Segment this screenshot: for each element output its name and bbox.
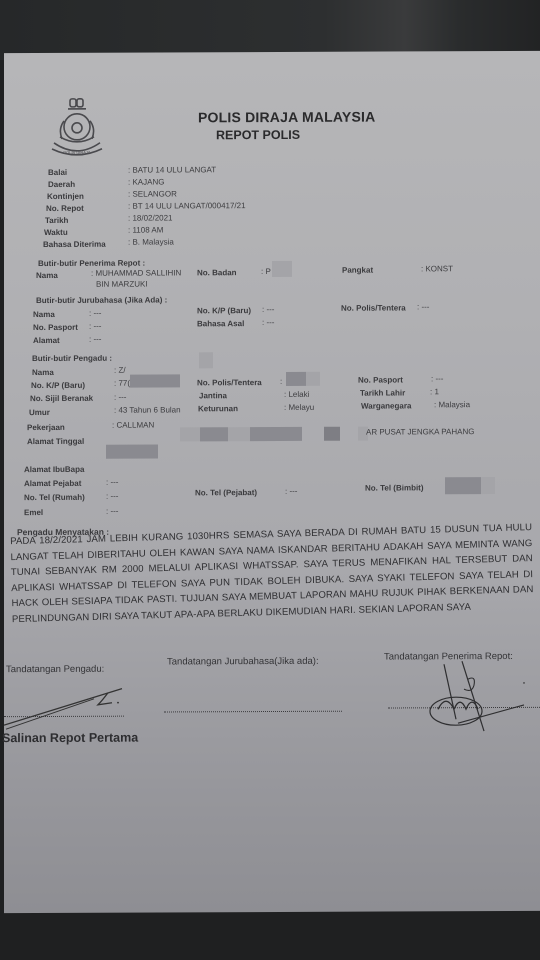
report-number-value: : BT 14 ULU LANGAT/000417/21 — [128, 201, 246, 211]
complainant-home-address-label: Alamat Tinggal — [27, 437, 84, 446]
complainant-ic-value: : 77( — [114, 379, 130, 388]
complainant-name-label: Nama — [32, 368, 54, 377]
interpreter-language-label: Bahasa Asal — [197, 319, 244, 328]
receiver-name-label: Nama — [36, 271, 58, 280]
redacted-ic-number — [130, 374, 180, 387]
complainant-age-label: Umur — [29, 408, 50, 417]
station-label: Balai — [48, 168, 67, 177]
receiver-name-value-line2: BIN MARZUKI — [96, 280, 148, 289]
receiver-name-value: : MUHAMMAD SALLIHIN — [91, 268, 181, 277]
interpreter-passport-value: : --- — [89, 322, 101, 331]
interpreter-address-label: Alamat — [33, 336, 60, 345]
complainant-police-value: : — [280, 377, 282, 386]
complainant-mobile-tel-label: No. Tel (Bimbit) — [365, 483, 424, 492]
interpreter-ic-value: : --- — [262, 305, 274, 314]
date-label: Tarikh — [45, 216, 68, 225]
complainant-citizenship-value: : Malaysia — [434, 400, 470, 409]
complainant-passport-label: No. Pasport — [358, 375, 403, 384]
date-value: : 18/02/2021 — [128, 213, 172, 222]
time-label: Waktu — [44, 228, 68, 237]
document-subtitle: REPOT POLIS — [216, 128, 300, 142]
complainant-home-tel-value: : --- — [106, 492, 118, 501]
complainant-citizenship-label: Warganegara — [361, 401, 411, 410]
receiver-signature — [414, 659, 534, 740]
complainant-ic-label: No. K/P (Baru) — [31, 381, 85, 390]
redacted-police-number — [286, 372, 306, 386]
district-value: : KAJANG — [128, 177, 164, 186]
complainant-race-value: : Melayu — [284, 403, 314, 412]
complainant-job-label: Pekerjaan — [27, 423, 65, 432]
svg-text:POLIS DIRAJA: POLIS DIRAJA — [63, 150, 90, 155]
complainant-police-label: No. Polis/Tentera — [197, 378, 262, 387]
redacted-address-3 — [250, 427, 302, 441]
language-value: : B. Malaysia — [128, 237, 174, 246]
complainant-office-tel-value: : --- — [285, 487, 297, 496]
interpreter-ic-label: No. K/P (Baru) — [197, 306, 251, 315]
receiver-badge-label: No. Badan — [197, 268, 237, 277]
pdrm-crest-icon: POLIS DIRAJA — [46, 97, 108, 161]
complainant-parent-address-label: Alamat IbuBapa — [24, 465, 84, 474]
station-value: : BATU 14 ULU LANGAT — [128, 165, 216, 174]
language-label: Bahasa Diterima — [43, 240, 106, 249]
interpreter-police-value: : --- — [417, 302, 429, 311]
receiver-rank-label: Pangkat — [342, 266, 373, 275]
complainant-race-label: Keturunan — [198, 404, 238, 413]
interpreter-section-title: Butir-butir Jurubahasa (Jika Ada) : — [36, 295, 167, 305]
complainant-email-value: : --- — [106, 507, 118, 516]
redacted-badge-number — [272, 261, 292, 277]
time-value: : 1108 AM — [128, 225, 163, 234]
redacted-address-4 — [324, 427, 340, 441]
complainant-gender-value: : Lelaki — [284, 390, 309, 399]
interpreter-signature-line — [164, 711, 342, 713]
complainant-office-address-value: : --- — [106, 478, 118, 487]
interpreter-passport-label: No. Pasport — [33, 323, 78, 332]
redacted-address-6 — [106, 445, 158, 459]
contingent-value: : SELANGOR — [128, 189, 177, 198]
interpreter-language-value: : --- — [262, 318, 274, 327]
complainant-email-label: Emel — [24, 508, 43, 517]
interpreter-signature-label: Tandatangan Jurubahasa(Jika ada): — [167, 656, 319, 668]
complainant-dob-value: : 1 — [430, 387, 439, 396]
statement-text: PADA 18/2/2021 JAM LEBIH KURANG 1030HRS … — [10, 520, 534, 627]
complainant-dob-label: Tarikh Lahir — [360, 388, 405, 397]
redacted-name — [199, 352, 213, 368]
complainant-birthcert-value: : --- — [114, 393, 126, 402]
complainant-home-address-value: AR PUSAT JENGKA PAHANG — [366, 427, 474, 436]
redacted-address-2 — [200, 427, 228, 441]
complainant-signature — [4, 673, 134, 734]
complainant-passport-value: : --- — [431, 374, 443, 383]
document-title: POLIS DIRAJA MALAYSIA — [198, 109, 375, 126]
redacted-mobile-number-2 — [481, 477, 495, 494]
complainant-office-tel-label: No. Tel (Pejabat) — [195, 488, 257, 497]
first-copy-label: Salinan Repot Pertama — [2, 731, 138, 746]
interpreter-police-label: No. Polis/Tentera — [341, 303, 406, 312]
complainant-job-value: : CALLMAN — [112, 421, 154, 430]
complainant-home-tel-label: No. Tel (Rumah) — [24, 493, 85, 502]
redacted-police-number-2 — [306, 372, 320, 386]
complainant-office-address-label: Alamat Pejabat — [24, 479, 81, 488]
complainant-name-value: : Z/ — [114, 366, 126, 375]
complainant-age-value: : 43 Tahun 6 Bulan — [114, 405, 181, 414]
receiver-badge-value: : P — [261, 267, 271, 276]
receiver-section-title: Butir-butir Penerima Repot : — [38, 259, 145, 268]
redacted-mobile-number — [445, 477, 481, 494]
contingent-label: Kontinjen — [47, 192, 84, 201]
interpreter-address-value: : --- — [89, 335, 101, 344]
interpreter-name-label: Nama — [33, 310, 55, 319]
complainant-section-title: Butir-butir Pengadu : — [32, 354, 112, 363]
district-label: Daerah — [48, 180, 75, 189]
report-number-label: No. Repot — [46, 204, 84, 213]
complainant-birthcert-label: No. Sijil Beranak — [30, 394, 93, 403]
complainant-gender-label: Jantina — [199, 391, 227, 400]
receiver-rank-value: : KONST — [421, 264, 453, 273]
police-report-document: POLIS DIRAJA POLIS DIRAJA MALAYSIA REPOT… — [4, 51, 540, 913]
interpreter-name-value: : --- — [89, 309, 101, 318]
